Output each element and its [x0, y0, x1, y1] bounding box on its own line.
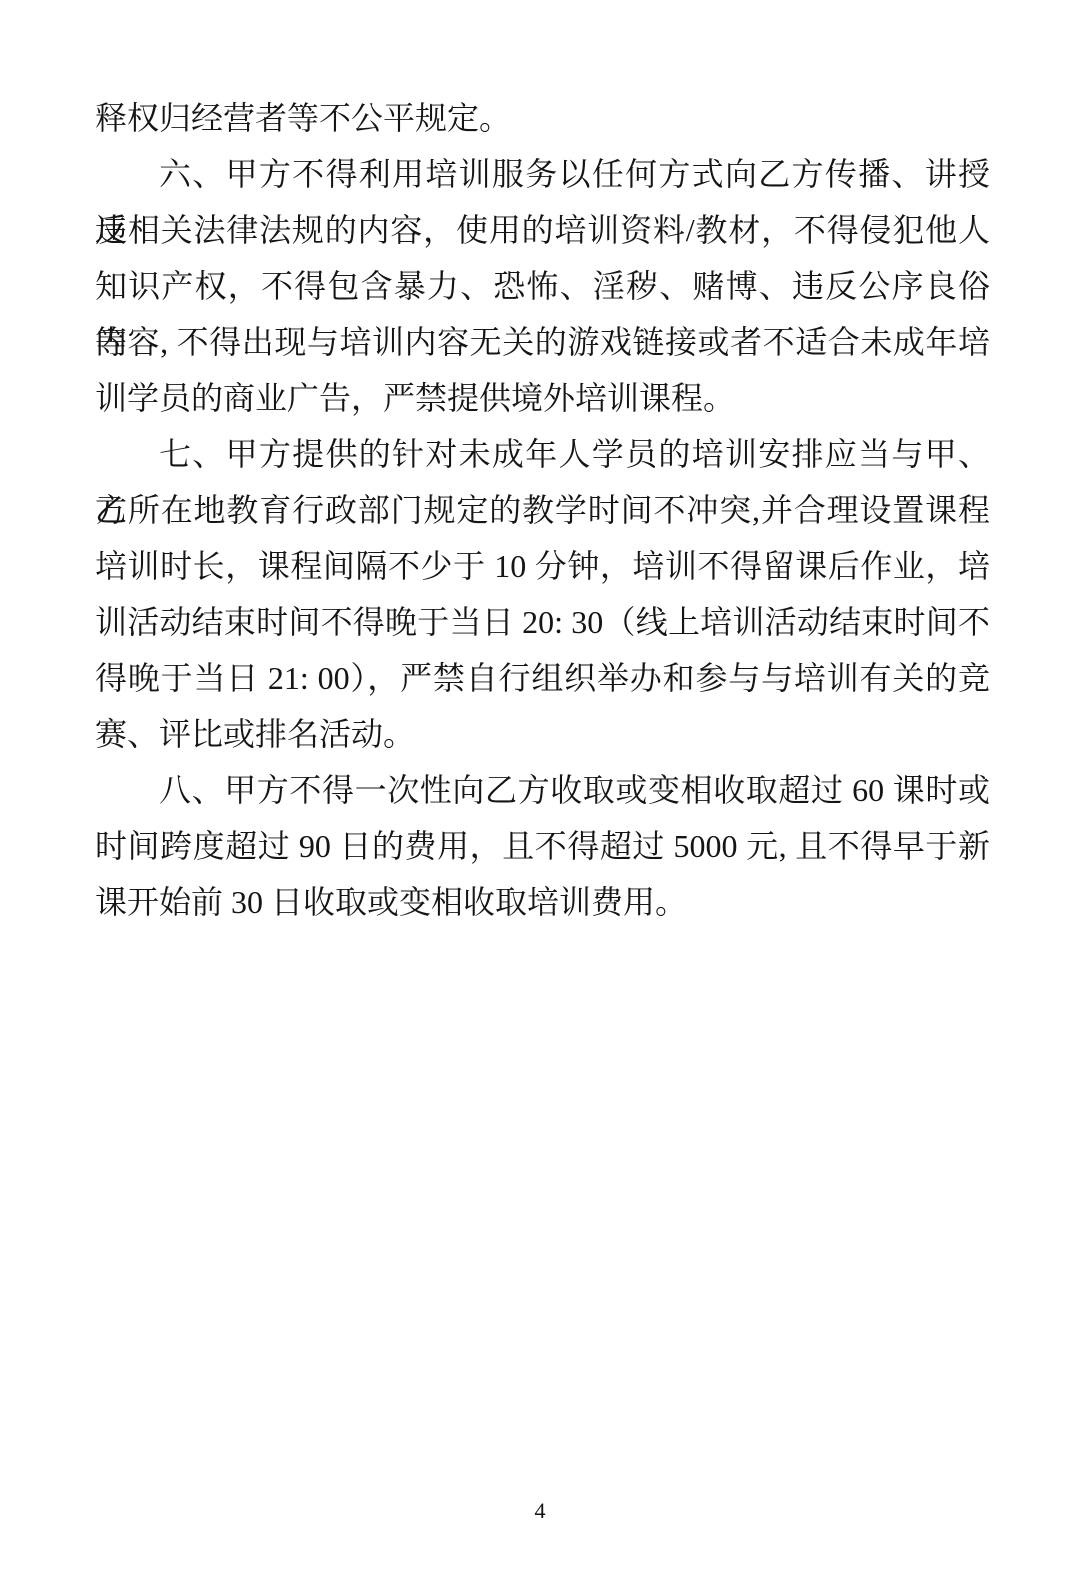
text-line: 释权归经营者等不公平规定。 — [95, 90, 990, 146]
text-line: 方所在地教育行政部门规定的教学时间不冲突,并合理设置课程 — [95, 482, 990, 538]
text-line: 训学员的商业广告，严禁提供境外培训课程。 — [95, 370, 990, 426]
text-line: 内容, 不得出现与培训内容无关的游戏链接或者不适合未成年培 — [95, 314, 990, 370]
text-line: 六、甲方不得利用培训服务以任何方式向乙方传播、讲授违 — [95, 146, 990, 202]
text-line: 训活动结束时间不得晚于当日 20: 30（线上培训活动结束时间不 — [95, 594, 990, 650]
contract-page: 释权归经营者等不公平规定。六、甲方不得利用培训服务以任何方式向乙方传播、讲授违反… — [0, 0, 1080, 1575]
page-number: 4 — [535, 1498, 546, 1523]
text-line: 培训时长，课程间隔不少于 10 分钟，培训不得留课后作业，培 — [95, 538, 990, 594]
text-line: 七、甲方提供的针对未成年人学员的培训安排应当与甲、乙 — [95, 426, 990, 482]
text-line: 赛、评比或排名活动。 — [95, 706, 990, 762]
text-line: 八、甲方不得一次性向乙方收取或变相收取超过 60 课时或 — [95, 762, 990, 818]
text-line: 反相关法律法规的内容，使用的培训资料/教材，不得侵犯他人 — [95, 202, 990, 258]
text-line: 时间跨度超过 90 日的费用，且不得超过 5000 元, 且不得早于新 — [95, 818, 990, 874]
text-line: 知识产权，不得包含暴力、恐怖、淫秽、赌博、违反公序良俗等 — [95, 258, 990, 314]
document-body: 释权归经营者等不公平规定。六、甲方不得利用培训服务以任何方式向乙方传播、讲授违反… — [95, 90, 990, 930]
page-footer: 4 — [0, 1496, 1080, 1526]
text-line: 得晚于当日 21: 00），严禁自行组织举办和参与与培训有关的竞 — [95, 650, 990, 706]
text-line: 课开始前 30 日收取或变相收取培训费用。 — [95, 874, 990, 930]
